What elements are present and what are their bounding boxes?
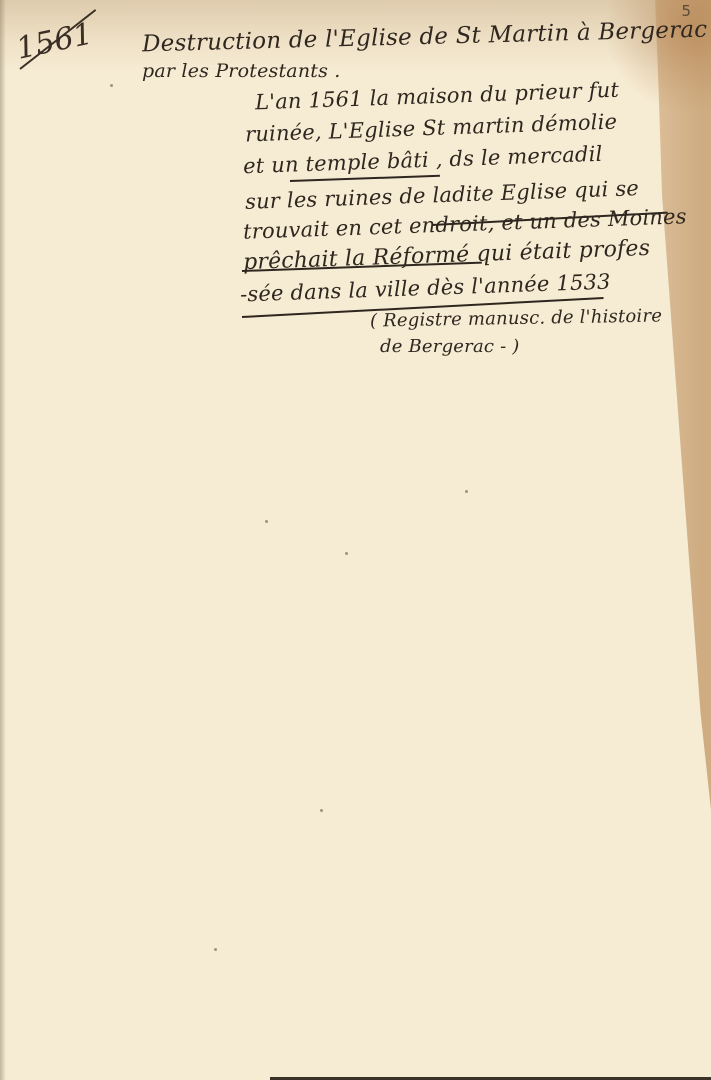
paper-speck <box>320 809 323 812</box>
reference-line-2: de Bergerac - ) <box>380 336 520 357</box>
document-page: 5 1561 Destruction de l'Eglise de St Mar… <box>0 0 711 1080</box>
paper-speck <box>345 552 348 555</box>
title-line-2: par les Protestants . <box>142 60 341 82</box>
body-line-2: ruinée, L'Eglise St martin démolie <box>245 110 618 147</box>
body-line-1: L'an 1561 la maison du prieur fut <box>255 78 620 115</box>
body-line-3: et un temple bâti , ds le mercadil <box>243 142 603 179</box>
paper-speck <box>214 948 217 951</box>
reference-line-1: ( Registre manusc. de l'histoire <box>370 305 662 331</box>
paper-speck <box>265 520 268 523</box>
paper-speck <box>110 84 113 87</box>
water-stain-right <box>641 0 711 1080</box>
paper-speck <box>465 490 468 493</box>
